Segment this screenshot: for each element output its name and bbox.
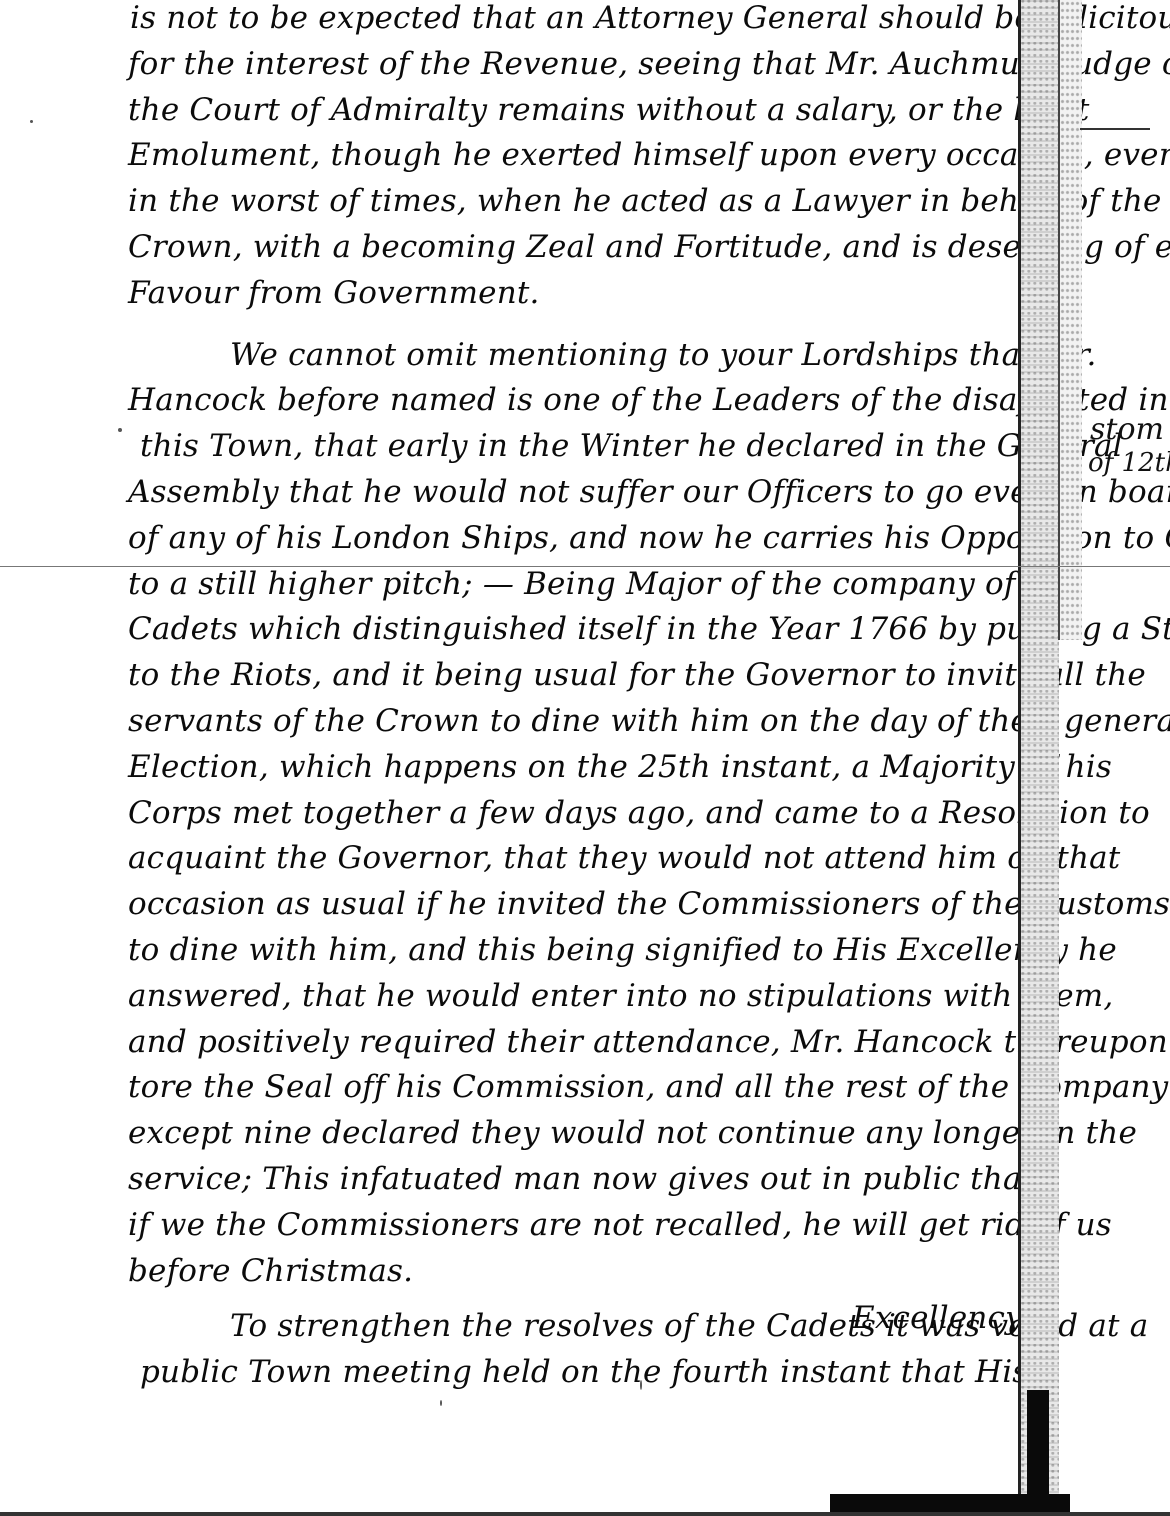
text-line-5: in the worst of times, when he acted as … <box>128 183 1162 219</box>
text-line-17: Election, which happens on the 25th inst… <box>128 749 1112 785</box>
text-line-19: acquaint the Governor, that they would n… <box>128 840 1120 876</box>
manuscript-page: is not to be expected that an Attorney G… <box>0 0 1170 1516</box>
text-line-21: to dine with him, and this being signifi… <box>128 932 1117 968</box>
text-line-12: of any of his London Ships, and now he c… <box>128 520 1170 556</box>
text-line-8: We cannot omit mentioning to your Lordsh… <box>230 337 1097 373</box>
scan-speck <box>640 1380 642 1390</box>
scan-speck <box>440 1400 442 1406</box>
fold-crease <box>0 566 1170 567</box>
text-line-25: except nine declared they would not cont… <box>128 1115 1137 1151</box>
catchword: Excellency <box>852 1300 1023 1336</box>
margin-note: of 12th <box>1088 448 1170 478</box>
scan-speck <box>118 428 122 432</box>
text-line-22: answered, that he would enter into no st… <box>128 978 1113 1014</box>
text-line-23: and positively required their attendance… <box>128 1024 1168 1060</box>
text-line-6: Crown, with a becoming Zeal and Fortitud… <box>128 229 1170 265</box>
text-line-3: the Court of Admiralty remains without a… <box>128 92 1089 128</box>
text-line-20: occasion as usual if he invited the Comm… <box>128 886 1170 922</box>
text-line-30: public Town meeting held on the fourth i… <box>140 1354 1028 1390</box>
text-line-1: is not to be expected that an Attorney G… <box>130 0 1170 36</box>
text-line-7: Favour from Government. <box>128 275 540 311</box>
text-line-4: Emolument, though he exerted himself upo… <box>128 137 1170 173</box>
text-line-13: to a still higher pitch; — Being Major o… <box>128 566 1016 602</box>
text-line-10: this Town, that early in the Winter he d… <box>140 428 1123 464</box>
scan-speck <box>30 120 33 123</box>
text-line-14: Cadets which distinguished itself in the… <box>128 611 1170 647</box>
text-line-24: tore the Seal off his Commission, and al… <box>128 1069 1168 1105</box>
text-line-28: before Christmas. <box>128 1253 413 1289</box>
scan-shadow <box>830 1494 1070 1512</box>
torn-edge-fold-inner <box>1058 0 1082 640</box>
text-line-11: Assembly that he would not suffer our Of… <box>128 474 1170 510</box>
text-line-15: to the Riots, and it being usual for the… <box>128 657 1146 693</box>
text-line-2: for the interest of the Revenue, seeing … <box>128 46 1170 82</box>
fold-crease <box>1080 128 1150 130</box>
margin-note: stom <box>1090 412 1164 447</box>
text-line-27: if we the Commissioners are not recalled… <box>128 1207 1112 1243</box>
text-line-16: servants of the Crown to dine with him o… <box>128 703 1170 739</box>
torn-edge-fold <box>1018 0 1059 1516</box>
text-line-26: service; This infatuated man now gives o… <box>128 1161 1034 1197</box>
scan-shadow <box>1027 1390 1049 1500</box>
text-line-9: Hancock before named is one of the Leade… <box>128 382 1169 418</box>
page-bottom-edge <box>0 1512 1170 1516</box>
text-line-18: Corps met together a few days ago, and c… <box>128 795 1150 831</box>
